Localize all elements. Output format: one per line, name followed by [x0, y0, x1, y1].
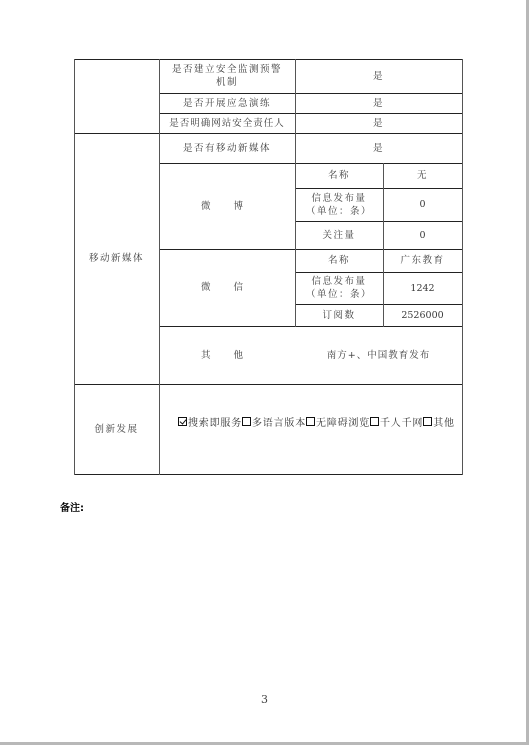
wechat-name-label: 名称	[295, 249, 383, 272]
weibo-followers-label: 关注量	[295, 221, 383, 249]
checkbox-accessibility[interactable]	[306, 417, 315, 426]
emergency-drill-value: 是	[295, 93, 462, 113]
wechat-subscribers-value: 2526000	[383, 304, 462, 326]
option-label-accessibility: 无障碍浏览	[316, 414, 370, 429]
checkbox-multilingual[interactable]	[242, 417, 251, 426]
weibo-followers-value: 0	[383, 221, 462, 249]
wechat-posts-label: 信息发布量 （单位：条）	[295, 272, 383, 304]
option-label-other: 其他	[433, 414, 455, 429]
label-line: 信息发布量	[311, 275, 366, 288]
weibo-posts-label: 信息发布量 （单位：条）	[295, 188, 383, 221]
checkbox-personalized[interactable]	[370, 417, 379, 426]
label-line: 机制	[216, 76, 238, 89]
weibo-label: 微 博	[159, 163, 295, 249]
label-line: （单位：条）	[306, 205, 372, 218]
security-officer-value: 是	[295, 113, 462, 133]
innovation-options: 搜索即服务 多语言版本 无障碍浏览 千人千网 其他	[178, 414, 455, 429]
weibo-name-value: 无	[383, 163, 462, 188]
security-monitoring-label: 是否建立安全监测预警 机制	[159, 59, 295, 93]
emergency-drill-label: 是否开展应急演练	[159, 93, 295, 113]
checkbox-search-service[interactable]	[178, 417, 187, 426]
option-label-search-service: 搜索即服务	[188, 414, 242, 429]
security-monitoring-value: 是	[295, 59, 462, 93]
has-mobile-media-value: 是	[295, 133, 462, 163]
notes-label: 备注:	[60, 499, 84, 514]
label-line: 是否建立安全监测预警	[172, 63, 282, 76]
table-border-bottom	[74, 474, 463, 475]
option-label-personalized: 千人千网	[380, 414, 423, 429]
label-line: 信息发布量	[311, 192, 366, 205]
wechat-subscribers-label: 订阅数	[295, 304, 383, 326]
has-mobile-media-label: 是否有移动新媒体	[159, 133, 295, 163]
other-media-value: 南方+、中国教育发布	[295, 326, 462, 384]
wechat-label: 微 信	[159, 249, 295, 326]
option-label-multilingual: 多语言版本	[252, 414, 306, 429]
page-number: 3	[0, 693, 529, 706]
wechat-name-value: 广东教育	[383, 249, 462, 272]
label-line: （单位：条）	[306, 288, 372, 301]
weibo-name-label: 名称	[295, 163, 383, 188]
security-officer-label: 是否明确网站安全责任人	[159, 113, 295, 133]
other-media-label: 其 他	[159, 326, 295, 384]
table-border-right	[462, 59, 463, 475]
mobile-media-section-label: 移动新媒体	[74, 133, 159, 384]
checkbox-other[interactable]	[423, 417, 432, 426]
innovation-section-label: 创新发展	[74, 384, 159, 474]
weibo-posts-value: 0	[383, 188, 462, 221]
wechat-posts-value: 1242	[383, 272, 462, 304]
